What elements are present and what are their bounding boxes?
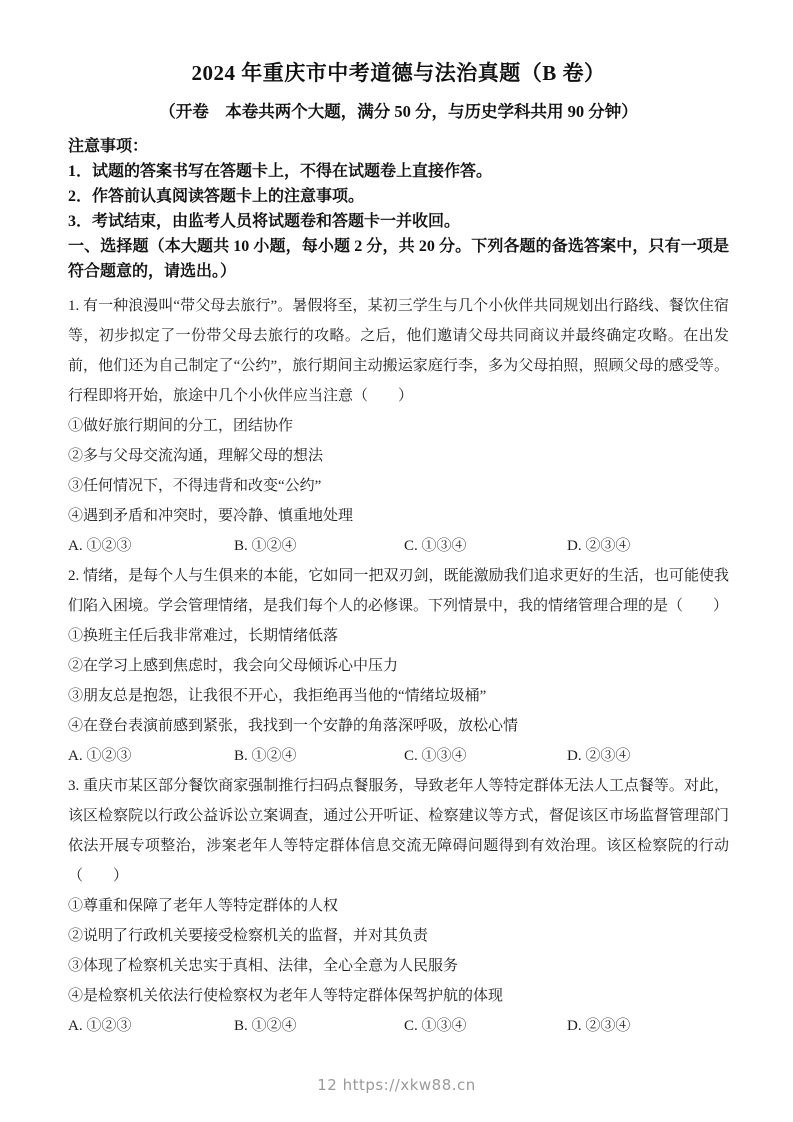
- answer-choice: C. ①③④: [404, 531, 567, 561]
- question-stem: 3. 重庆市某区部分餐饮商家强制推行扫码点餐服务，导致老年人等特定群体无法人工点…: [68, 771, 729, 891]
- question-statement: ①换班主任后我非常难过，长期情绪低落: [68, 621, 729, 651]
- section-heading: 一、选择题（本大题共 10 小题，每小题 2 分，共 20 分。下列各题的备选答…: [68, 234, 729, 284]
- question-statement: ②多与父母交流沟通，理解父母的想法: [68, 441, 729, 471]
- answer-choice: B. ①②④: [234, 1011, 404, 1041]
- question-block: 3. 重庆市某区部分餐饮商家强制推行扫码点餐服务，导致老年人等特定群体无法人工点…: [68, 771, 729, 1041]
- question-block: 1. 有一种浪漫叫“带父母去旅行”。暑假将至，某初三学生与几个小伙伴共同规划出行…: [68, 291, 729, 561]
- question-block: 2. 情绪，是每个人与生俱来的本能，它如同一把双刃剑，既能激励我们追求更好的生活…: [68, 561, 729, 771]
- question-statement: ①做好旅行期间的分工，团结协作: [68, 411, 729, 441]
- notice-item: 3．考试结束，由监考人员将试题卷和答题卡一并收回。: [68, 209, 729, 234]
- question-statement: ③任何情况下，不得违背和改变“公约”: [68, 471, 729, 501]
- answer-choices-row: A. ①②③B. ①②④C. ①③④D. ②③④: [68, 741, 729, 771]
- notice-heading: 注意事项：: [68, 134, 729, 159]
- answer-choice: D. ②③④: [567, 531, 729, 561]
- answer-choice: D. ②③④: [567, 1011, 729, 1041]
- page-subtitle: （开卷 本卷共两个大题，满分 50 分，与历史学科共用 90 分钟）: [68, 101, 729, 123]
- answer-choices-row: A. ①②③B. ①②④C. ①③④D. ②③④: [68, 531, 729, 561]
- answer-choices-row: A. ①②③B. ①②④C. ①③④D. ②③④: [68, 1011, 729, 1041]
- notice-list: 1．试题的答案书写在答题卡上，不得在试题卷上直接作答。2．作答前认真阅读答题卡上…: [68, 159, 729, 234]
- page-title: 2024 年重庆市中考道德与法治真题（B 卷）: [68, 58, 729, 88]
- question-statement: ②说明了行政机关要接受检察机关的监督，并对其负责: [68, 921, 729, 951]
- answer-choice: A. ①②③: [68, 741, 234, 771]
- question-list: 1. 有一种浪漫叫“带父母去旅行”。暑假将至，某初三学生与几个小伙伴共同规划出行…: [68, 291, 729, 1041]
- question-statement: ④遇到矛盾和冲突时，要冷静、慎重地处理: [68, 501, 729, 531]
- answer-choice: A. ①②③: [68, 1011, 234, 1041]
- notice-item: 1．试题的答案书写在答题卡上，不得在试题卷上直接作答。: [68, 159, 729, 184]
- question-stem: 1. 有一种浪漫叫“带父母去旅行”。暑假将至，某初三学生与几个小伙伴共同规划出行…: [68, 291, 729, 411]
- exam-page: 2024 年重庆市中考道德与法治真题（B 卷） （开卷 本卷共两个大题，满分 5…: [0, 0, 793, 1041]
- page-footer-watermark: 12 https://xkw88.cn: [0, 1076, 793, 1094]
- answer-choice: B. ①②④: [234, 531, 404, 561]
- question-statement: ①尊重和保障了老年人等特定群体的人权: [68, 891, 729, 921]
- question-statement: ②在学习上感到焦虑时，我会向父母倾诉心中压力: [68, 651, 729, 681]
- answer-choice: C. ①③④: [404, 1011, 567, 1041]
- question-statement: ③朋友总是抱怨，让我很不开心，我拒绝再当他的“情绪垃圾桶”: [68, 681, 729, 711]
- question-stem: 2. 情绪，是每个人与生俱来的本能，它如同一把双刃剑，既能激励我们追求更好的生活…: [68, 561, 729, 621]
- notice-section: 注意事项： 1．试题的答案书写在答题卡上，不得在试题卷上直接作答。2．作答前认真…: [68, 134, 729, 234]
- question-statement: ④是检察机关依法行使检察权为老年人等特定群体保驾护航的体现: [68, 981, 729, 1011]
- notice-item: 2．作答前认真阅读答题卡上的注意事项。: [68, 184, 729, 209]
- question-statement: ④在登台表演前感到紧张，我找到一个安静的角落深呼吸，放松心情: [68, 711, 729, 741]
- question-statement: ③体现了检察机关忠实于真相、法律，全心全意为人民服务: [68, 951, 729, 981]
- answer-choice: D. ②③④: [567, 741, 729, 771]
- answer-choice: A. ①②③: [68, 531, 234, 561]
- answer-choice: C. ①③④: [404, 741, 567, 771]
- answer-choice: B. ①②④: [234, 741, 404, 771]
